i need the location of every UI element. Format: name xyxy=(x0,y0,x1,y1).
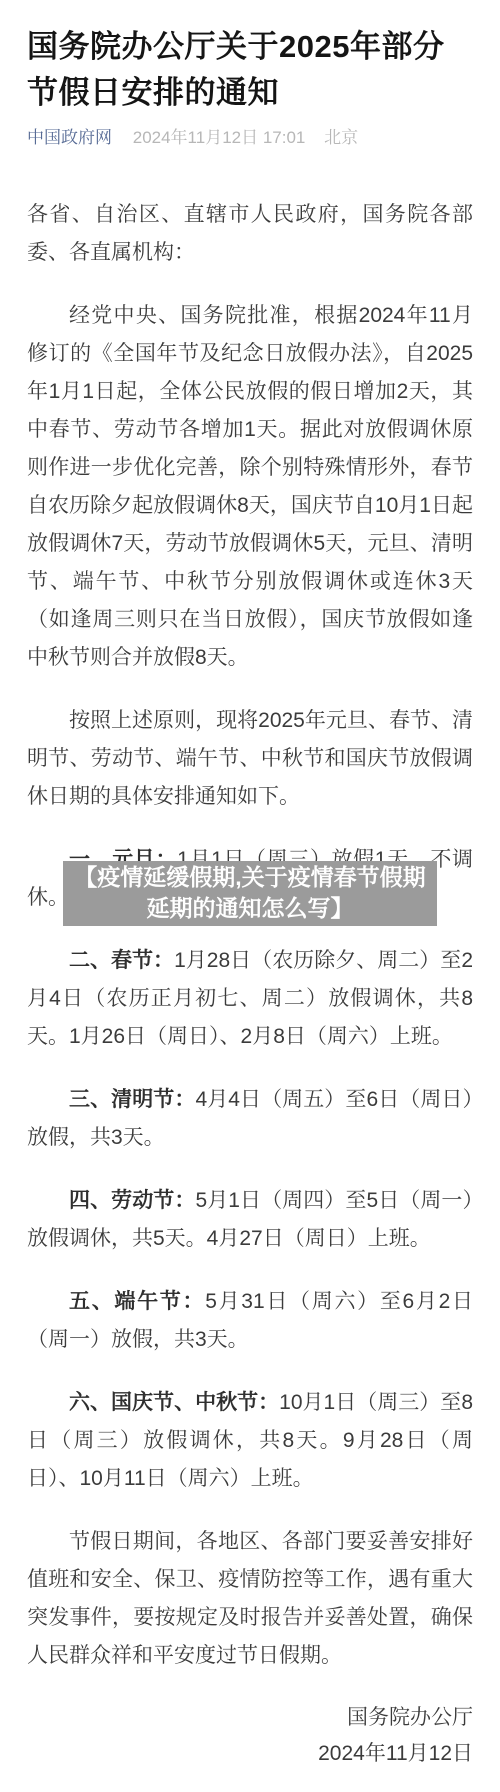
article-body: 各省、自治区、直辖市人民政府，国务院各部委、各直属机构： 经党中央、国务院批准，… xyxy=(27,196,473,1772)
spam-overlay-watermark: 【疫情延缓假期,关于疫情春节假期延期的通知怎么写】 xyxy=(63,861,437,926)
signature-date: 2024年11月12日 xyxy=(27,1736,473,1772)
approval-paragraph: 经党中央、国务院批准，根据2024年11月修订的《全国年节及纪念日放假办法》，自… xyxy=(27,297,473,677)
holiday-item-qingming: 三、清明节：4月4日（周五）至6日（周日）放假，共3天。 xyxy=(27,1081,473,1157)
holiday-item-spring-festival: 二、春节：1月28日（农历除夕、周二）至2月4日（农历正月初七、周二）放假调休，… xyxy=(27,942,473,1056)
holiday-item-label: 三、清明节： xyxy=(69,1088,195,1111)
holiday-item-label: 二、春节： xyxy=(69,949,174,972)
holiday-item-labor-day: 四、劳动节：5月1日（周四）至5日（周一）放假调休，共5天。4月27日（周日）上… xyxy=(27,1182,473,1258)
holiday-item-dragon-boat: 五、端午节：5月31日（周六）至6月2日（周一）放假，共3天。 xyxy=(27,1283,473,1359)
principle-paragraph: 按照上述原则，现将2025年元旦、春节、清明节、劳动节、端午节、中秋节和国庆节放… xyxy=(27,702,473,816)
holiday-item-national-day: 六、国庆节、中秋节：10月1日（周三）至8日（周三）放假调休，共8天。9月28日… xyxy=(27,1384,473,1498)
signature-block: 国务院办公厅 2024年11月12日 xyxy=(27,1700,473,1772)
page-title: 国务院办公厅关于2025年部分节假日安排的通知 xyxy=(27,24,473,116)
source-link[interactable]: 中国政府网 xyxy=(27,128,112,147)
publish-timestamp: 2024年11月12日 17:01 xyxy=(133,128,306,147)
publish-location: 北京 xyxy=(324,128,358,147)
signature-org: 国务院办公厅 xyxy=(27,1700,473,1736)
holiday-item-label: 四、劳动节： xyxy=(69,1189,195,1212)
closing-paragraph: 节假日期间，各地区、各部门要妥善安排好值班和安全、保卫、疫情防控等工作，遇有重大… xyxy=(27,1523,473,1675)
article-meta: 中国政府网 2024年11月12日 17:01 北京 xyxy=(27,126,473,150)
holiday-item-label: 五、端午节： xyxy=(69,1290,205,1313)
holiday-item-label: 六、国庆节、中秋节： xyxy=(69,1391,279,1414)
salutation-paragraph: 各省、自治区、直辖市人民政府，国务院各部委、各直属机构： xyxy=(27,196,473,272)
